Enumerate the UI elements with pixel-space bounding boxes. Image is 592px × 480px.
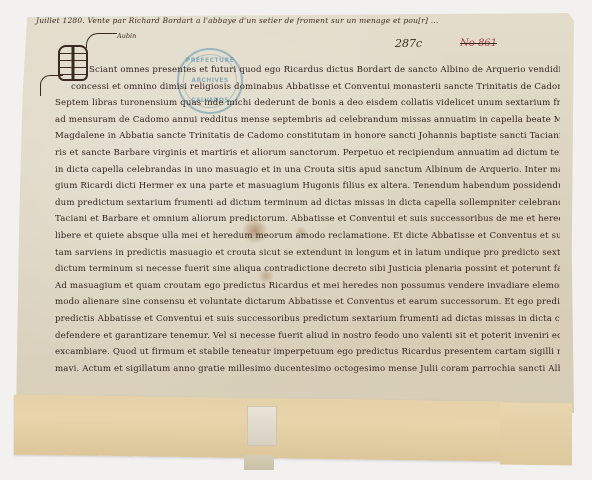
old-number-struck: No 861	[460, 38, 497, 49]
text-line: Taciani et Barbare et omnium aliorum pre…	[55, 211, 560, 228]
plica-fold-right	[500, 402, 572, 465]
charter-text: Sciant omnes presentes et futuri quod eg…	[55, 62, 560, 377]
text-line: concessi et omnino dimisi religiosis dom…	[55, 79, 560, 96]
shelfmark: 287c	[395, 37, 422, 50]
text-line: Ad masuagium et quam croutam ego predict…	[55, 278, 560, 295]
text-line: predictis Abbatisse et Conventui et suis…	[55, 311, 560, 328]
text-line: dictum terminum si necesse fuerit sine a…	[55, 261, 560, 278]
text-line: Magdalene in Abbatia sancte Trinitatis d…	[55, 128, 560, 145]
text-line: dum predictum sextarium frumenti ad dict…	[55, 195, 560, 212]
initial-flourish-top	[86, 33, 117, 48]
seal-tag-tail	[244, 455, 274, 470]
text-line: excambiare. Quod ut firmum et stabile te…	[55, 344, 560, 361]
seal-tag	[247, 406, 277, 446]
text-line: Septem libras turonensium quas inde mich…	[55, 95, 560, 112]
archive-note: Juillet 1280. Vente par Richard Bordart …	[36, 16, 556, 25]
text-line: Sciant omnes presentes et futuri quod eg…	[55, 62, 560, 79]
text-line: libere et quiete absque ulla mei et here…	[55, 228, 560, 245]
text-line: mavi. Actum et sigillatum anno gratie mi…	[55, 361, 560, 378]
text-line: defendere et garantizare tenemur. Vel si…	[55, 328, 560, 345]
archive-note-continuation: Aubin	[117, 32, 136, 40]
text-line: modo alienare sine consensu et voluntate…	[55, 294, 560, 311]
text-line: ad mensuram de Cadomo annui redditus men…	[55, 112, 560, 129]
text-line: gium Ricardi dicti Hermer ex una parte e…	[55, 178, 560, 195]
text-line: ris et sancte Barbare virginis et martir…	[55, 145, 560, 162]
text-line: tam sarviens in predictis masuagio et cr…	[55, 245, 560, 262]
text-line: in dicta capella celebrandas in uno masu…	[55, 162, 560, 179]
